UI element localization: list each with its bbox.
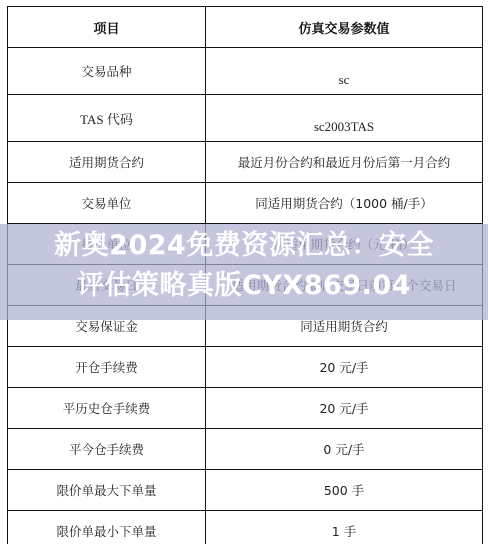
watermark-line-1: 新奥2024免费资源汇总：安全 — [0, 226, 488, 266]
row-value: 0 元/手 — [206, 429, 483, 470]
table-row: 平历史仓手续费 20 元/手 — [8, 388, 483, 429]
table-row: 交易品种 sc — [8, 48, 483, 95]
table-row: 平今仓手续费 0 元/手 — [8, 429, 483, 470]
table-header-row: 项目 仿真交易参数值 — [8, 7, 483, 48]
table-row: 限价单最大下单量 500 手 — [8, 470, 483, 511]
row-value: 20 元/手 — [206, 388, 483, 429]
table-row: 交易单位 同适用期货合约（1000 桶/手） — [8, 183, 483, 224]
header-value: 仿真交易参数值 — [206, 7, 483, 48]
row-label: 开仓手续费 — [8, 347, 206, 388]
row-value: sc — [206, 48, 483, 95]
row-value: 最近月份合约和最近月份后第一月合约 — [206, 142, 483, 183]
table-row: 限价单最小下单量 1 手 — [8, 511, 483, 544]
row-label: 交易单位 — [8, 183, 206, 224]
row-value: 同适用期货合约（1000 桶/手） — [206, 183, 483, 224]
row-value: sc2003TAS — [206, 95, 483, 142]
table-row: 开仓手续费 20 元/手 — [8, 347, 483, 388]
row-label: 平今仓手续费 — [8, 429, 206, 470]
watermark-text: 新奥2024免费资源汇总：安全 评估策略真版CYX869.04 — [0, 226, 488, 306]
header-item: 项目 — [8, 7, 206, 48]
row-label: 平历史仓手续费 — [8, 388, 206, 429]
watermark-line-2: 评估策略真版CYX869.04 — [0, 266, 488, 306]
row-value: 500 手 — [206, 470, 483, 511]
row-value: 1 手 — [206, 511, 483, 544]
row-label: TAS 代码 — [8, 95, 206, 142]
row-label: 交易品种 — [8, 48, 206, 95]
table-row: TAS 代码 sc2003TAS — [8, 95, 483, 142]
row-label: 限价单最小下单量 — [8, 511, 206, 544]
row-value: 20 元/手 — [206, 347, 483, 388]
table-row: 适用期货合约 最近月份合约和最近月份后第一月合约 — [8, 142, 483, 183]
row-label: 适用期货合约 — [8, 142, 206, 183]
row-label: 限价单最大下单量 — [8, 470, 206, 511]
